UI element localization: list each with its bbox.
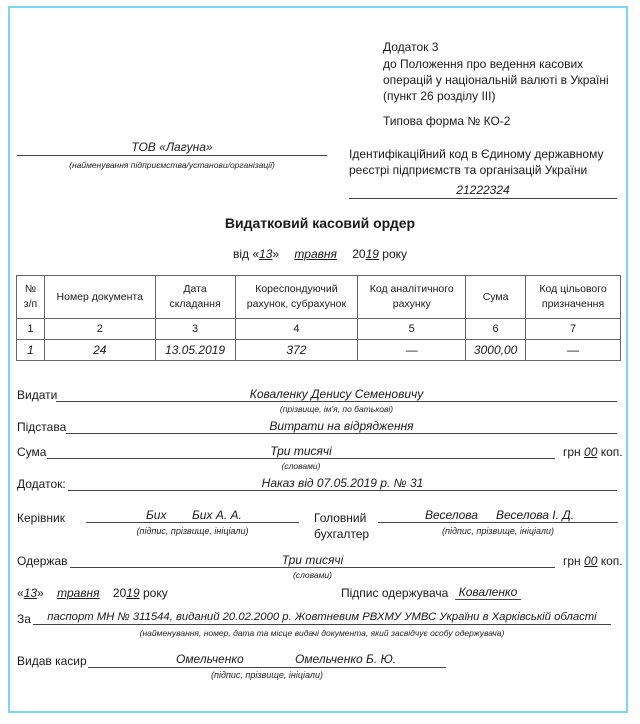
column-number: 4 bbox=[235, 319, 358, 340]
basis-value: Витрати на відрядження bbox=[66, 419, 617, 433]
header-cell: Код цільового призначення bbox=[526, 276, 621, 319]
received-month: травня bbox=[47, 586, 110, 600]
organization-caption: (найменування підприємства/установи/орга… bbox=[17, 160, 327, 170]
id-document-label: За bbox=[17, 612, 31, 626]
amount-label: Сума bbox=[17, 445, 46, 459]
date-year-suffix: 19 bbox=[366, 247, 379, 261]
received-year-prefix: 20 bbox=[113, 586, 126, 600]
id-code-value: 21222324 bbox=[349, 183, 617, 197]
head-signature: Бих bbox=[146, 508, 166, 522]
header-cell: Номер документа bbox=[44, 276, 155, 319]
id-document-value: паспорт МН № 311544, виданий 20.02.2000 … bbox=[33, 611, 611, 623]
table-row: 1 24 13.05.2019 372 — 3000,00 — bbox=[17, 340, 621, 361]
organization-line bbox=[17, 155, 327, 156]
currency-label: грн bbox=[563, 445, 581, 459]
received-kop: грн 00 коп. bbox=[563, 554, 623, 568]
cashier-line bbox=[88, 667, 446, 668]
recipient-signature-line bbox=[455, 599, 521, 600]
table-header-row: № з/п Номер документа Дата складання Кор… bbox=[17, 276, 621, 319]
received-words: Три тисячі bbox=[70, 553, 555, 567]
form-type: Типова форма № КО-2 bbox=[383, 114, 510, 128]
kop-label: коп. bbox=[601, 445, 623, 459]
document-title: Видатковий касовий ордер bbox=[0, 215, 640, 231]
column-number: 3 bbox=[155, 319, 235, 340]
annex-line-3: операцій у національній валюті в Україні bbox=[383, 73, 609, 87]
date-prefix: від « bbox=[233, 247, 259, 261]
id-document-caption: (найменування, номер, дата та місце вида… bbox=[33, 628, 611, 638]
head-label: Керівник bbox=[17, 511, 65, 525]
cashier-caption: (підпис, прізвище, ініціали) bbox=[88, 670, 446, 680]
cell-date: 13.05.2019 bbox=[155, 340, 235, 361]
received-date-close: » bbox=[37, 586, 44, 600]
header-cell: Код аналітичного рахунку bbox=[358, 276, 466, 319]
column-number: 6 bbox=[466, 319, 526, 340]
chief-accountant-label-1: Головний bbox=[314, 511, 366, 525]
header-cell: № з/п bbox=[17, 276, 45, 319]
received-label: Одержав bbox=[17, 554, 68, 568]
recipient-signature: Коваленко bbox=[455, 585, 521, 599]
chief-accountant-signature: Веселова bbox=[425, 508, 478, 522]
recipient-signature-label: Підпис одержувача bbox=[341, 586, 448, 600]
issue-to-label: Видати bbox=[17, 388, 57, 402]
received-currency: грн bbox=[563, 554, 581, 568]
head-name: Бих А. А. bbox=[192, 508, 242, 522]
id-document-line bbox=[33, 624, 611, 625]
chief-accountant-name: Веселова І. Д. bbox=[496, 508, 574, 522]
received-date: «13» травня 2019 року bbox=[17, 586, 168, 600]
cashier-label: Видав касир bbox=[17, 654, 87, 668]
issue-to-value: Коваленку Денису Семеновичу bbox=[56, 387, 617, 401]
attachment-label: Додаток: bbox=[17, 477, 66, 491]
attachment-value: Наказ від 07.05.2019 р. № 31 bbox=[68, 476, 617, 490]
cell-amount: 3000,00 bbox=[466, 340, 526, 361]
issue-to-line bbox=[56, 401, 617, 402]
header-cell: Дата складання bbox=[155, 276, 235, 319]
id-code-label-2: реєстрі підприємств та організацій Украї… bbox=[349, 163, 587, 177]
date-month: травня bbox=[282, 247, 349, 261]
issue-to-caption: (прізвище, ім'я, по батькові) bbox=[56, 404, 617, 414]
kop-value: 00 bbox=[584, 445, 597, 459]
attachment-line bbox=[68, 490, 617, 491]
column-number: 2 bbox=[44, 319, 155, 340]
id-code-line bbox=[349, 198, 617, 199]
column-number: 7 bbox=[526, 319, 621, 340]
received-year-word: року bbox=[143, 586, 168, 600]
chief-accountant-label-2: бухгалтер bbox=[314, 527, 369, 541]
header-cell: Сума bbox=[466, 276, 526, 319]
received-kop-label: коп. bbox=[601, 554, 623, 568]
organization-name: ТОВ «Лагуна» bbox=[17, 140, 327, 154]
cashier-signature: Омельченко bbox=[176, 652, 244, 666]
cell-account: 372 bbox=[235, 340, 358, 361]
basis-label: Підстава bbox=[17, 420, 66, 434]
amount-kop: грн 00 коп. bbox=[563, 445, 623, 459]
cell-purpose-code: — bbox=[526, 340, 621, 361]
cell-document-number: 24 bbox=[44, 340, 155, 361]
cashier-name: Омельченко Б. Ю. bbox=[295, 652, 396, 666]
date-year-prefix: 20 bbox=[349, 247, 366, 261]
chief-accountant-line bbox=[378, 522, 618, 523]
document-date: від «13» травня 2019 року bbox=[0, 247, 640, 261]
chief-accountant-caption: (підпис, прізвище, ініціали) bbox=[378, 526, 618, 536]
head-caption: (підпис, прізвище, ініціали) bbox=[86, 526, 299, 536]
received-year-suffix: 19 bbox=[126, 586, 139, 600]
annex-line-4: (пункт 26 розділу ІІІ) bbox=[383, 89, 495, 103]
received-caption: (словами) bbox=[70, 570, 555, 580]
annex-line-1: Додаток 3 bbox=[383, 40, 438, 54]
date-mid: » bbox=[272, 247, 282, 261]
amount-caption: (словами) bbox=[47, 461, 555, 471]
annex-line-2: до Положення про ведення касових bbox=[383, 57, 583, 71]
received-kop-value: 00 bbox=[584, 554, 597, 568]
date-day: 13 bbox=[259, 247, 272, 261]
received-line bbox=[70, 567, 555, 568]
amount-line bbox=[47, 458, 555, 459]
received-day: 13 bbox=[24, 586, 37, 600]
column-number: 1 bbox=[17, 319, 45, 340]
cell-row-number: 1 bbox=[17, 340, 45, 361]
basis-line bbox=[66, 433, 617, 434]
header-cell: Кореспондуючий рахунок, субрахунок bbox=[235, 276, 358, 319]
cell-analytic-code: — bbox=[358, 340, 466, 361]
column-number: 5 bbox=[358, 319, 466, 340]
order-table: № з/п Номер документа Дата складання Кор… bbox=[16, 275, 621, 361]
id-code-label-1: Ідентифікаційний код в Єдиному державном… bbox=[349, 147, 603, 161]
received-date-open: « bbox=[17, 586, 24, 600]
column-number-row: 1 2 3 4 5 6 7 bbox=[17, 319, 621, 340]
head-line bbox=[86, 522, 299, 523]
amount-words: Три тисячі bbox=[47, 444, 555, 458]
date-suffix: року bbox=[379, 247, 407, 261]
